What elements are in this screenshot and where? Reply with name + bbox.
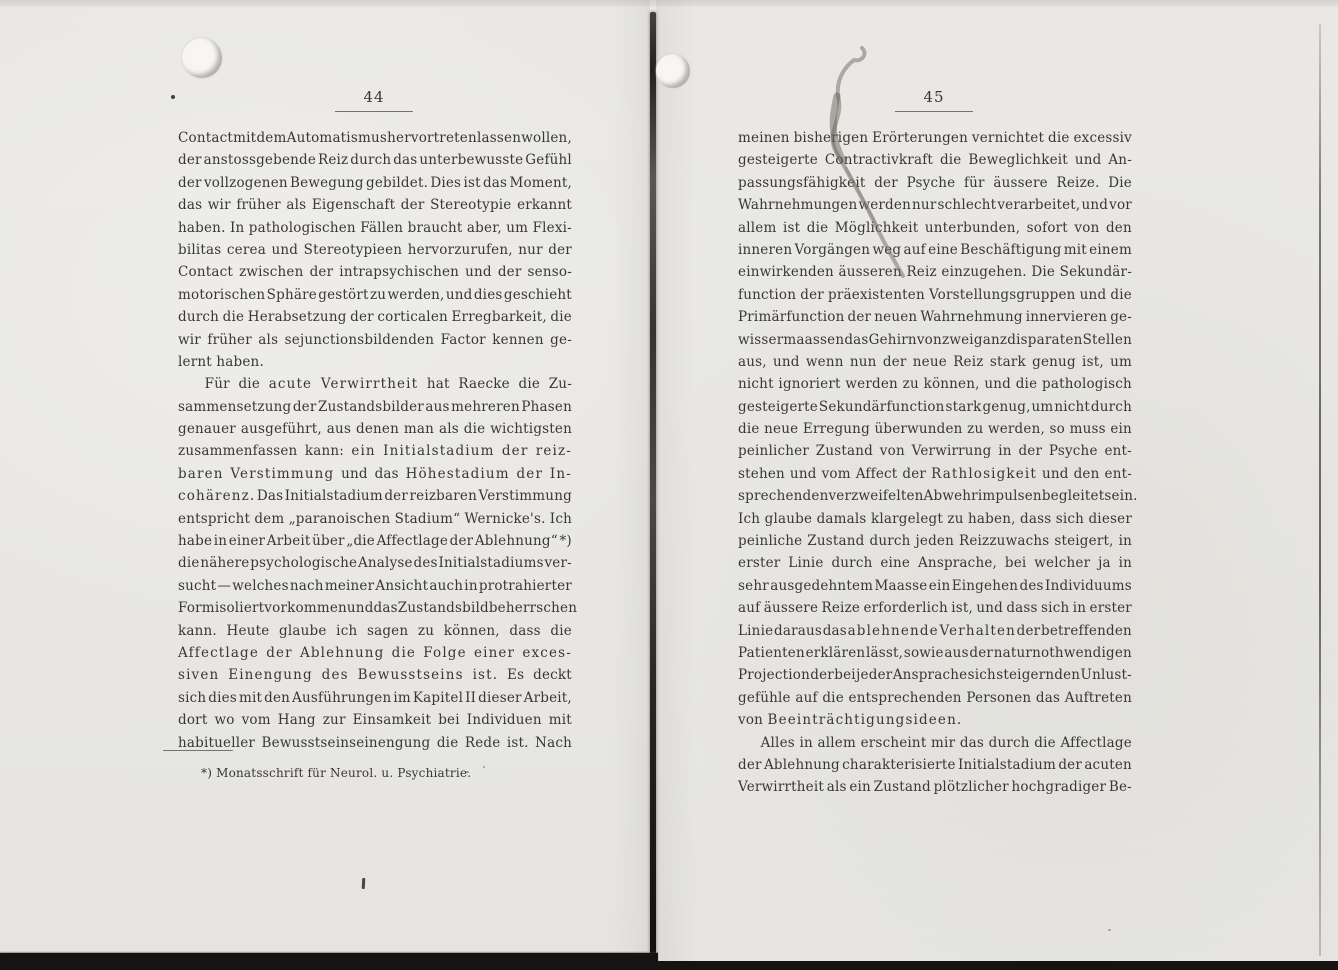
text-line: Wahrnehmungenwerdennurschlechtverarbeite… <box>738 194 1132 216</box>
text-line: stehenundvomAffectderRathlosigkeitundden… <box>738 463 1132 485</box>
ink-dot <box>171 95 175 99</box>
left-page-number-rule <box>335 111 413 112</box>
text-line: PrimärfunctionderneuenWahrnehmunginnervi… <box>738 306 1132 328</box>
text-line: VerwirrtheitalseinZustandplötzlicherhoch… <box>738 776 1132 798</box>
text-line: gesteigerteContractivkraftdieBeweglichke… <box>738 149 1132 171</box>
text-line: einwirkendenäusserenReizeinzugehen.DieSe… <box>738 261 1132 283</box>
text-line: Contactzwischenderintrapsychischenundder… <box>178 261 572 283</box>
text-line: FürdieacuteVerwirrtheithatRaeckedieZu- <box>178 373 572 395</box>
gutter-shadow-right <box>656 0 696 961</box>
text-line: dienäherepsychologischeAnalysedesInitial… <box>178 552 572 574</box>
bottom-scan-bar-left <box>0 953 658 970</box>
text-line: daswirfrüheralsEigenschaftderStereotypie… <box>178 194 572 216</box>
text-line: functionderpräexistentenVorstellungsgrup… <box>738 284 1132 306</box>
text-line: lernt haben. <box>178 351 572 373</box>
left-page-number: 44 <box>326 88 422 106</box>
text-line: sprechendenverzweifeltenAbwehrimpulsenbe… <box>738 485 1132 507</box>
text-line: gesteigerteSekundärfunctionstarkgenug,um… <box>738 396 1132 418</box>
binding-gutter <box>650 12 656 954</box>
text-line: kann.Heuteglaubeichsagenzukönnen,dassdie <box>178 620 572 642</box>
gutter-shadow-left <box>612 0 650 953</box>
text-line: wirfrüheralssejunctionsbildendenFactorke… <box>178 329 572 351</box>
bottom-scan-bar-right <box>656 961 1338 970</box>
footnote-rule <box>163 750 233 751</box>
text-line: cohärenz.DasInitialstadiumderreizbarenVe… <box>178 485 572 507</box>
text-line: passungsfähigkeitderPsychefüräussereReiz… <box>738 172 1132 194</box>
text-line: barenVerstimmungunddasHöhestadiumderIn- <box>178 463 572 485</box>
text-line: peinlicherZustandvonVerwirrunginderPsych… <box>738 440 1132 462</box>
book-scan-spread: 44 ContactmitdemAutomatismushervortreten… <box>0 0 1338 970</box>
left-page-header: 44 <box>326 88 422 112</box>
text-line: deranstossgebendeReizdurchdasunterbewuss… <box>178 149 572 171</box>
text-line: gefühleaufdieentsprechendenPersonendasAu… <box>738 687 1132 709</box>
text-line: habituellerBewusstseinseinengungdieRedei… <box>178 732 572 754</box>
text-line: AllesinallemerscheintmirdasdurchdieAffec… <box>738 732 1132 754</box>
text-line: LiniedarausdasablehnendeVerhaltenderbetr… <box>738 620 1132 642</box>
text-line: peinlicheZustanddurchjedenReizzuwachsste… <box>738 530 1132 552</box>
text-line: dieneueErregungüberwundenzuwerden,somuss… <box>738 418 1132 440</box>
text-line: bilitascereaundStereotypieenhervorzurufe… <box>178 239 572 261</box>
text-line: motorischenSphäregestörtzuwerden,unddies… <box>178 284 572 306</box>
punch-hole-right <box>656 54 690 88</box>
text-line: genauerausgeführt,ausdenenmanalsdiewicht… <box>178 418 572 440</box>
text-line: sammensetzungderZustandsbilderausmehrere… <box>178 396 572 418</box>
text-line: sivenEinengungdesBewusstseinsist.Esdeckt <box>178 664 572 686</box>
text-line: zusammenfassenkann:einInitialstadiumderr… <box>178 440 572 462</box>
text-line: ersterLiniedurcheineAnsprache,beiwelcher… <box>738 552 1132 574</box>
text-line: innerenVorgängenwegaufeineBeschäftigungm… <box>738 239 1132 261</box>
text-line: Patientenerklärenlässt,sowieausdernaturn… <box>738 642 1132 664</box>
text-line: sucht—welchesnachmeinerAnsichtauchinprot… <box>178 575 572 597</box>
text-line: FormisoliertvorkommenunddasZustandsbildb… <box>178 597 572 619</box>
text-line: entsprichtdem„paranoischenStadium“Wernic… <box>178 508 572 530</box>
dust-speck <box>1108 929 1111 931</box>
dust-speck <box>483 766 485 768</box>
left-page-text: ContactmitdemAutomatismushervortretenlas… <box>178 127 572 754</box>
text-line: allemistdieMöglichkeitunterbunden,sofort… <box>738 217 1132 239</box>
text-line: aus,undwennnunderneueReizstarkgenugist,u… <box>738 351 1132 373</box>
text-line: ContactmitdemAutomatismushervortretenlas… <box>178 127 572 149</box>
text-line: sehrausgedehntemMaasseeinEingehendesIndi… <box>738 575 1132 597</box>
stray-mark <box>362 878 365 889</box>
text-line: ProjectionderbeijederAnsprachesichsteige… <box>738 664 1132 686</box>
text-line: nichtignoriertwerdenzukönnen,unddiepatho… <box>738 373 1132 395</box>
text-line: dervollzogenenBewegunggebildet.Diesistda… <box>178 172 572 194</box>
text-line: AffectlagederAblehnungdieFolgeeinerexces… <box>178 642 572 664</box>
ink-smudge <box>806 38 926 288</box>
dust-speck <box>466 771 469 773</box>
footnote: *) Monatsschrift für Neurol. u. Psychiat… <box>201 766 471 780</box>
text-line: Ichglaubedamalsklargelegtzuhaben,dasssic… <box>738 508 1132 530</box>
text-line: von Beeinträchtigungsideen. <box>738 709 1132 731</box>
text-line: wissermaassendasGehirnvonzweiganzdispara… <box>738 329 1132 351</box>
text-line: aufäussereReizeerforderlichist,unddasssi… <box>738 597 1132 619</box>
text-line: dortwovomHangzurEinsamkeitbeiIndividuenm… <box>178 709 572 731</box>
text-line: sichdiesmitdenAusführungenimKapitelIIdie… <box>178 687 572 709</box>
page-edge-line <box>1319 24 1321 956</box>
text-line: durchdieHerabsetzungdercorticalenErregba… <box>178 306 572 328</box>
text-line: meinenbisherigenErörterungenvernichtetdi… <box>738 127 1132 149</box>
text-line: habeineinerArbeitüber„dieAffectlagederAb… <box>178 530 572 552</box>
punch-hole-left <box>182 38 222 78</box>
text-line: derAblehnungcharakterisierteInitialstadi… <box>738 754 1132 776</box>
right-page-text: meinenbisherigenErörterungenvernichtetdi… <box>738 127 1132 799</box>
text-line: haben.InpathologischenFällenbrauchtaber,… <box>178 217 572 239</box>
